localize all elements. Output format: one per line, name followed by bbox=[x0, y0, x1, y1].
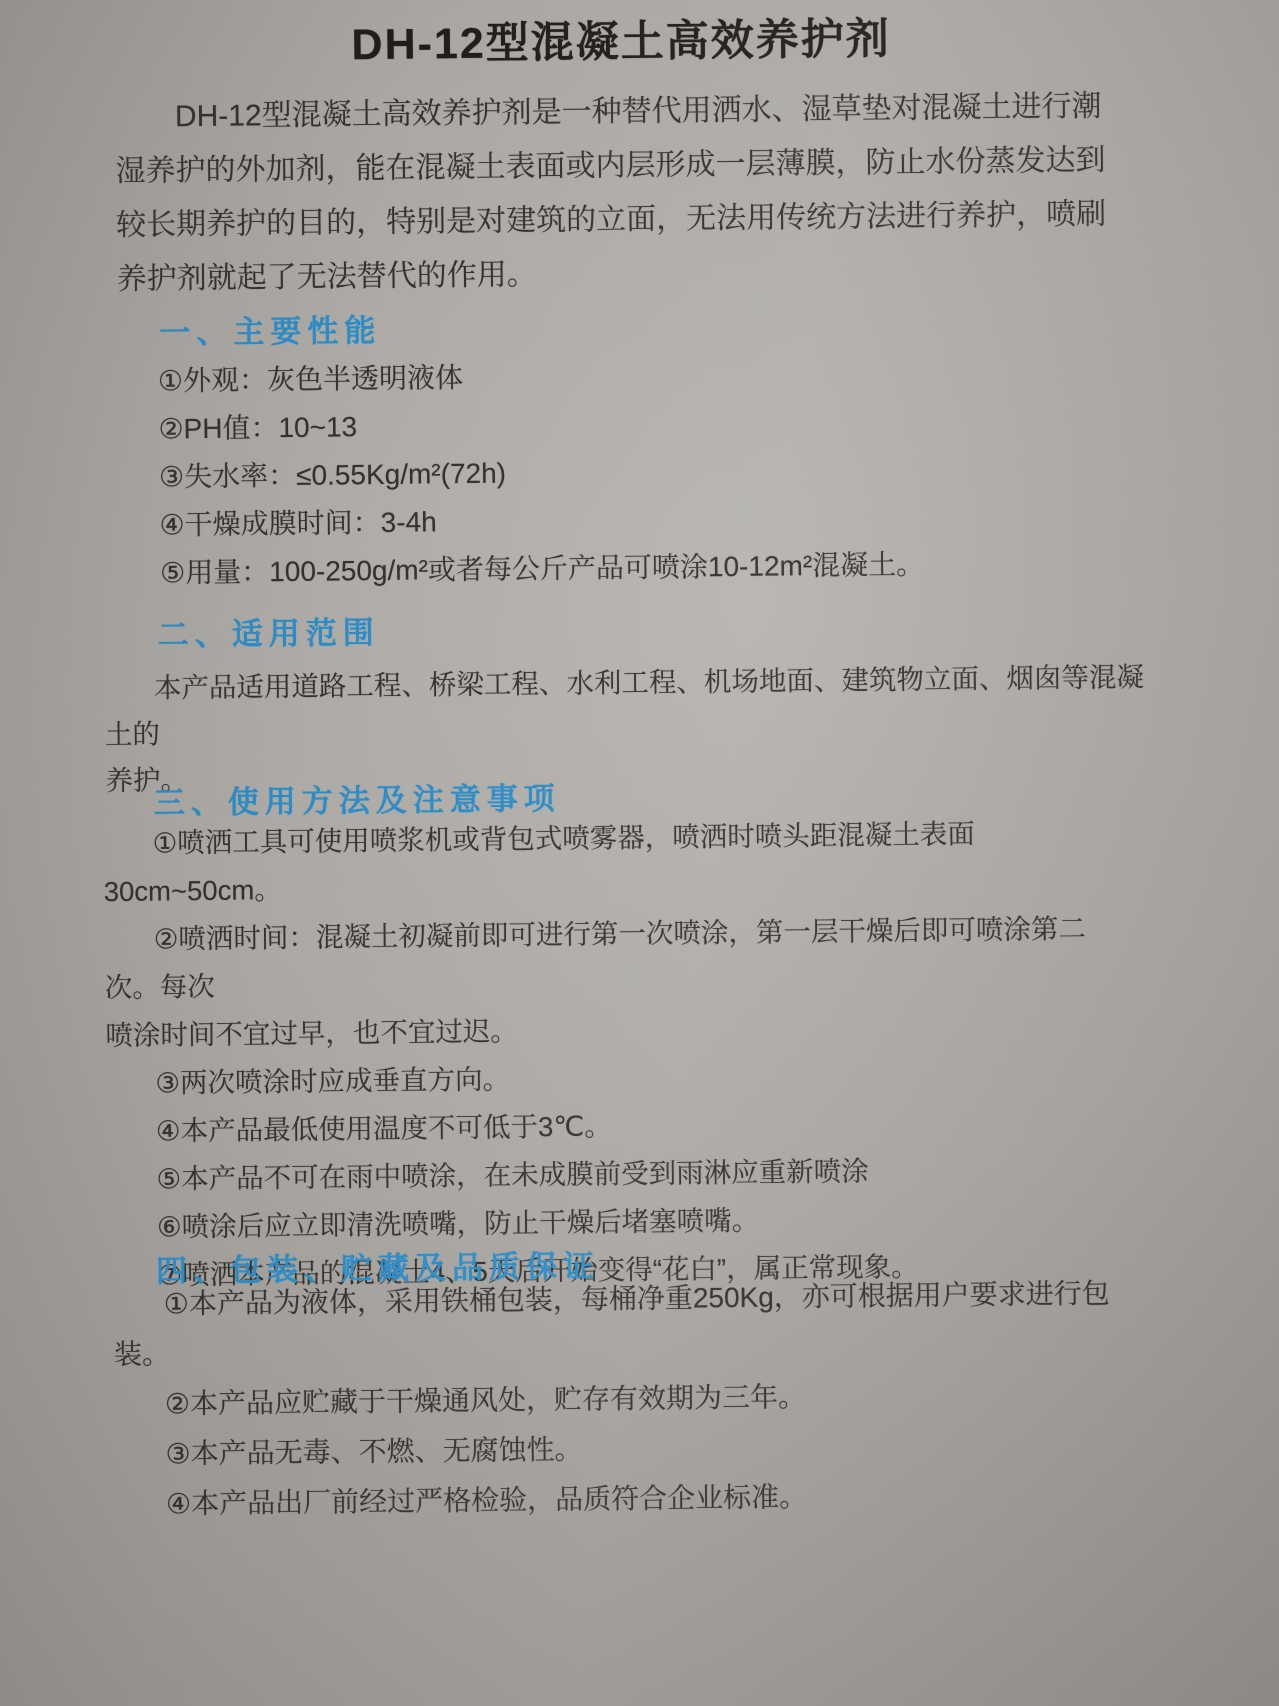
text-line: 养护剂就起了无法替代的作用。 bbox=[116, 241, 1172, 307]
section-body-main-properties: ①外观：灰色半透明液体②PH值：10~13③失水率：≤0.55Kg/m²(72h… bbox=[158, 347, 1121, 598]
list-item: ④本产品出厂前经过严格检验，品质符合企业标准。 bbox=[115, 1468, 1136, 1530]
text-line: ①本产品为液体，采用铁桶包装，每桶净重250Kg，亦可根据用户要求进行包装。 bbox=[113, 1268, 1134, 1380]
section-body-usage-notes: ①喷洒工具可使用喷浆机或背包式喷雾器，喷洒时喷头距混凝土表面30cm~50cm。… bbox=[103, 809, 1123, 1300]
document-title: DH-12型混凝土高效养护剂 bbox=[0, 1, 1243, 76]
section-body-packaging-storage: ①本产品为液体，采用铁桶包装，每桶净重250Kg，亦可根据用户要求进行包装。②本… bbox=[113, 1268, 1136, 1530]
list-item: ⑤用量：100-250g/m²或者每公斤产品可喷涂10-12m²混凝土。 bbox=[160, 539, 1120, 598]
section-heading-main-properties: 一、主要性能 bbox=[159, 305, 381, 353]
text-line: ④本产品出厂前经过严格检验，品质符合企业标准。 bbox=[115, 1468, 1136, 1530]
paper-sheet: DH-12型混凝土高效养护剂 DH-12型混凝土高效养护剂是一种替代用洒水、湿草… bbox=[0, 0, 1279, 1706]
list-item: ①喷洒工具可使用喷浆机或背包式喷雾器，喷洒时喷头距混凝土表面30cm~50cm。 bbox=[103, 809, 1119, 917]
text-line: ①喷洒工具可使用喷浆机或背包式喷雾器，喷洒时喷头距混凝土表面30cm~50cm。 bbox=[103, 809, 1119, 917]
document-photo: DH-12型混凝土高效养护剂 DH-12型混凝土高效养护剂是一种替代用洒水、湿草… bbox=[0, 0, 1279, 1706]
text-line: 本产品适用道路工程、桥梁工程、水利工程、机场地面、建筑物立面、烟囱等混凝土的 bbox=[104, 654, 1170, 758]
list-item: ②喷洒时间：混凝土初凝前即可进行第一次喷涂，第一层干燥后即可喷涂第二次。每次喷涂… bbox=[104, 905, 1121, 1061]
text-line: ②喷洒时间：混凝土初凝前即可进行第一次喷涂，第一层干燥后即可喷涂第二次。每次 bbox=[104, 905, 1120, 1013]
list-item: ①本产品为液体，采用铁桶包装，每桶净重250Kg，亦可根据用户要求进行包装。 bbox=[113, 1268, 1134, 1380]
intro-paragraph: DH-12型混凝土高效养护剂是一种替代用洒水、湿草垫对混凝土进行潮湿养护的外加剂… bbox=[115, 79, 1172, 307]
text-line: ⑤用量：100-250g/m²或者每公斤产品可喷涂10-12m²混凝土。 bbox=[160, 539, 1120, 598]
section-heading-application-scope: 二、适用范围 bbox=[158, 607, 380, 655]
